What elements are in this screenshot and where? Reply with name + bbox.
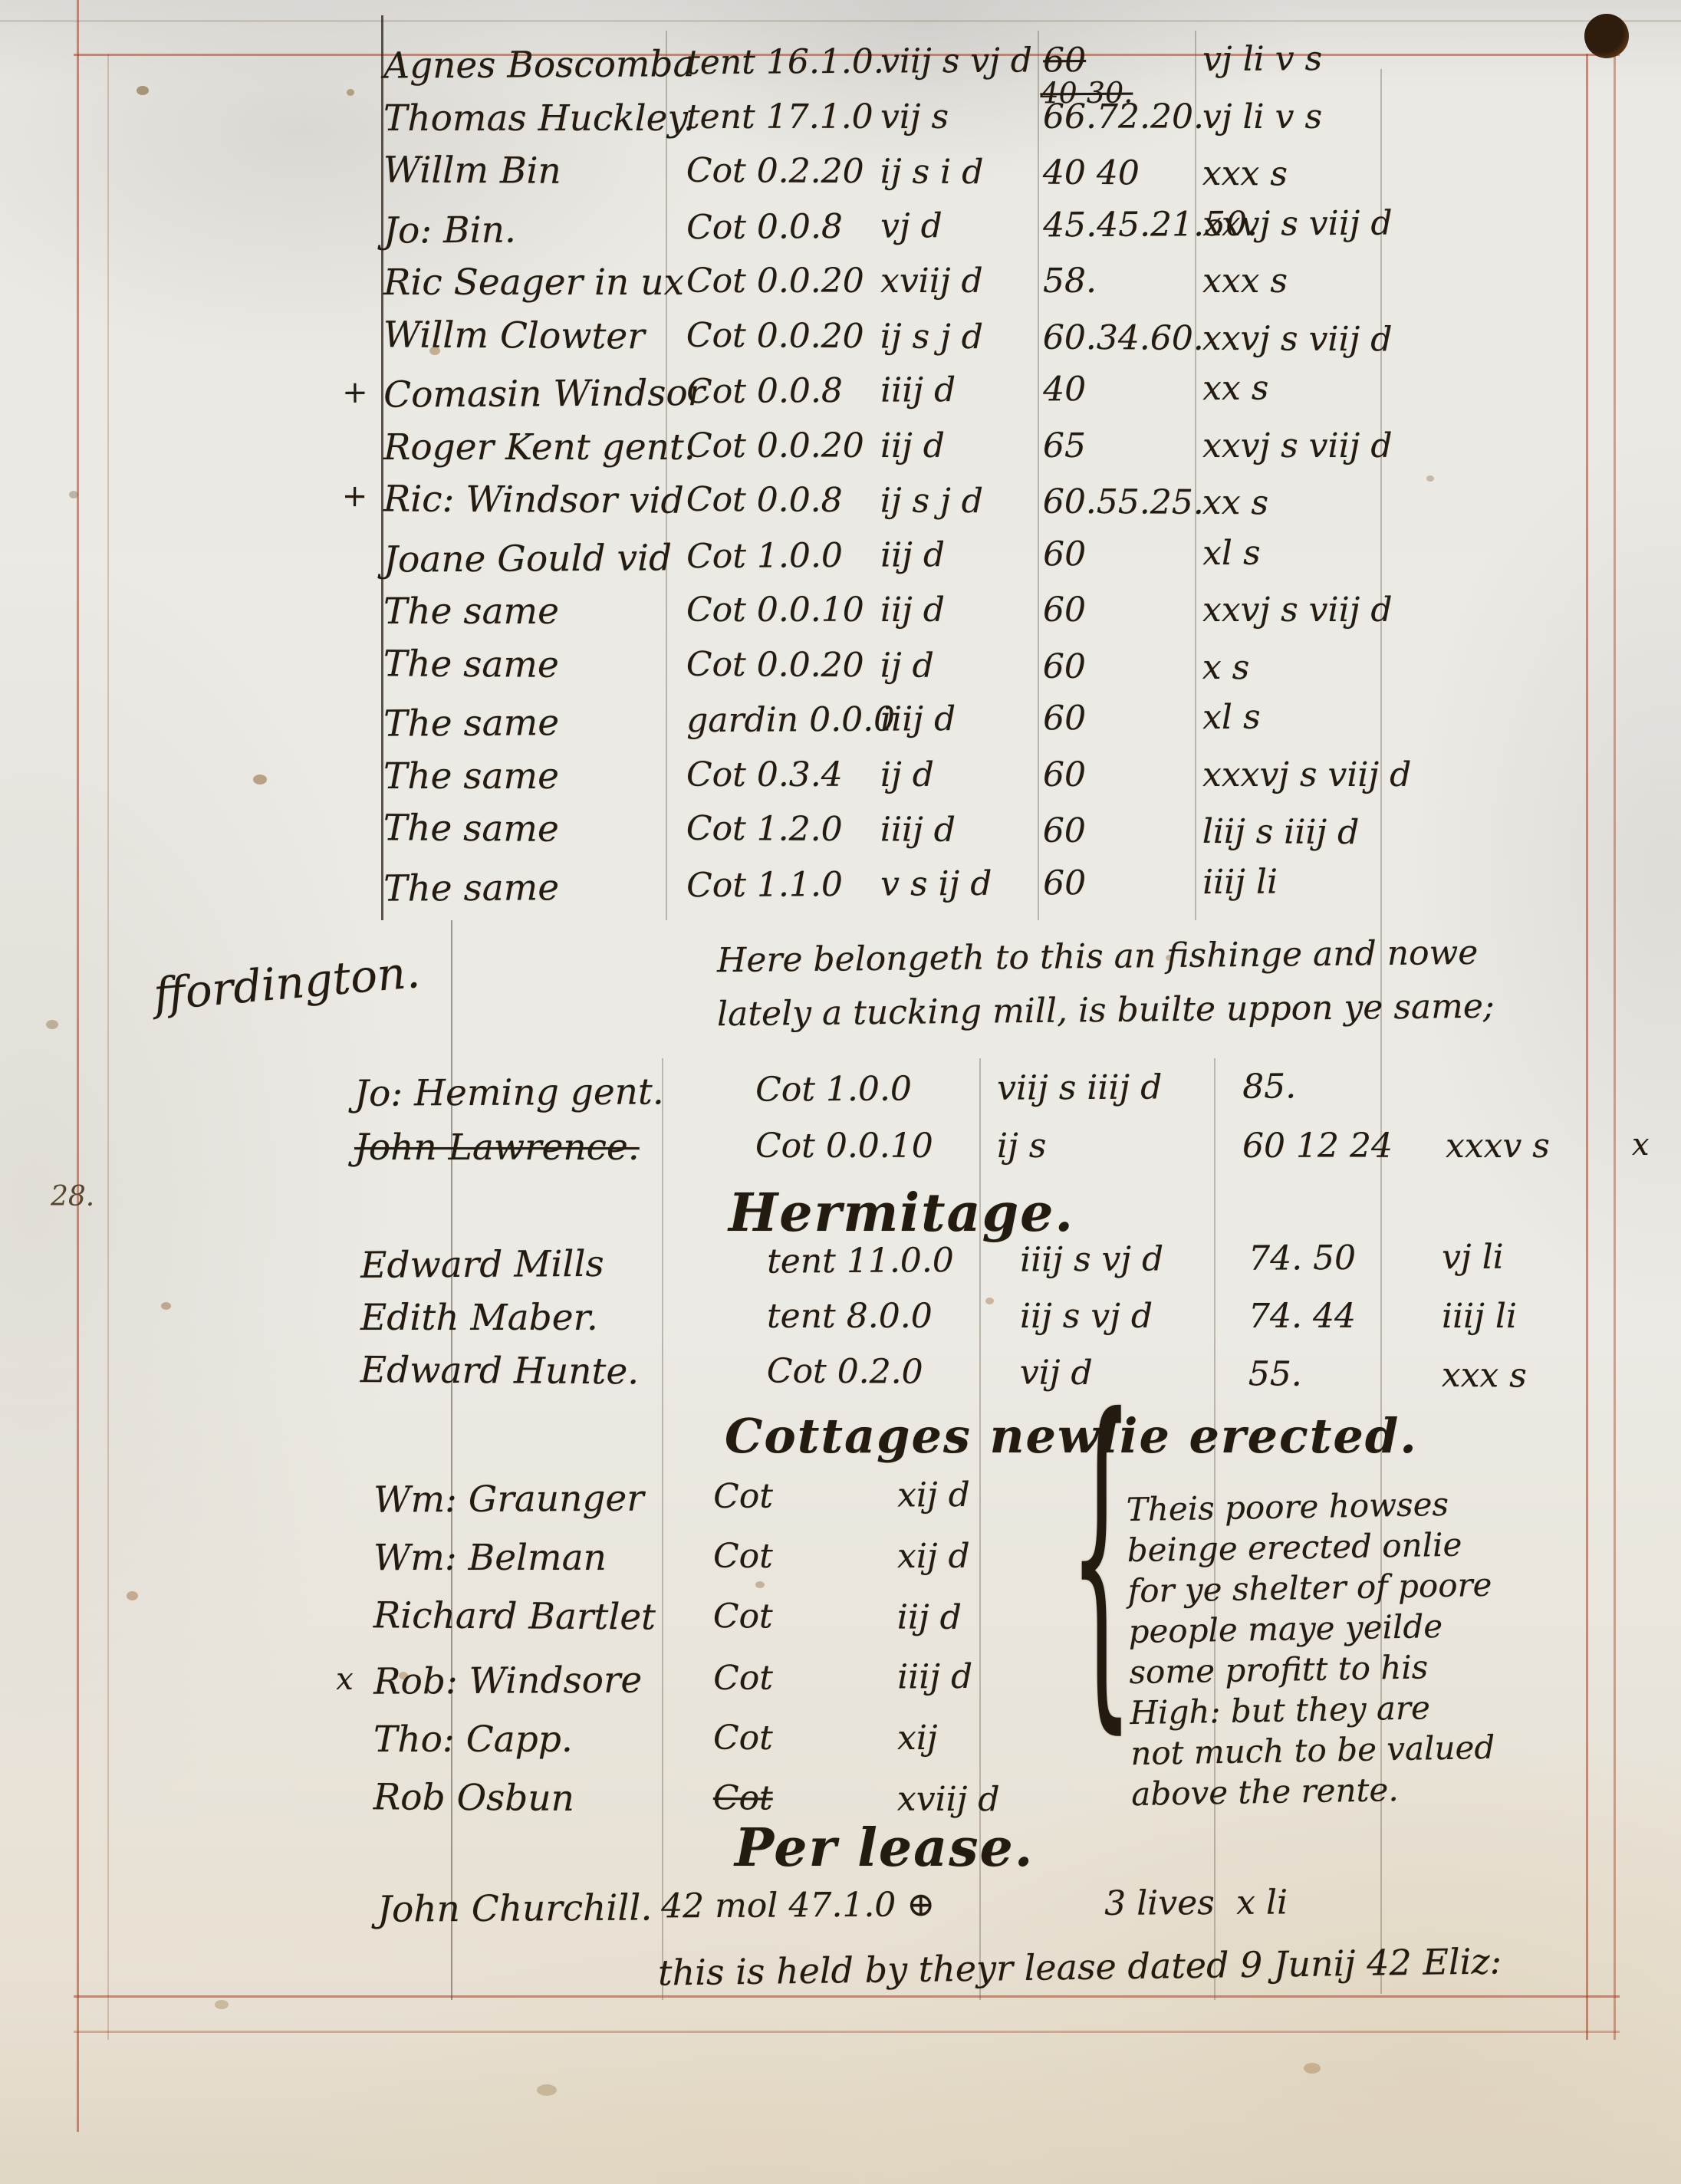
cottages-name: Rob: Windsore	[373, 1662, 642, 1701]
stain	[46, 1020, 58, 1029]
table-row: Edward Hunte.Cot 0.2.0vij d55.xxx s	[0, 1349, 1681, 1359]
stain	[1426, 475, 1434, 482]
main-tenure: Cot 0.0.20	[686, 429, 864, 464]
main-value: xxvj s viij d	[1202, 321, 1393, 357]
cottages-rent: xviij d	[897, 1781, 1000, 1817]
main-tenure: Cot 0.0.8	[686, 209, 843, 245]
section-heading-hermitage: Hermitage.	[729, 1182, 1074, 1244]
cottages-name: Tho: Capp.	[373, 1721, 573, 1758]
main-rent: ij d	[880, 758, 934, 793]
continuation-value: xxxv s	[1446, 1129, 1550, 1164]
main-mark: +	[342, 480, 368, 512]
main-value: xxvj s viij d	[1202, 593, 1392, 628]
main-value: xx s	[1202, 371, 1268, 407]
lease-value: x li	[1236, 1885, 1288, 1921]
main-name: Willm Bin	[383, 151, 561, 190]
cottages-note-line: Theis poore howses	[1126, 1483, 1491, 1530]
main-name: The same	[383, 645, 559, 684]
main-name: Thomas Huckley.	[383, 100, 695, 137]
main-value: xx s	[1202, 485, 1268, 521]
main-value: xl s	[1202, 700, 1261, 736]
cottages-tenure: Cot	[713, 1781, 773, 1817]
table-row: Jo: Bin.Cot 0.0.8vj d45.45.21.50.xxvj s …	[0, 204, 1681, 214]
table-row: Agnes Boscombatent 16.1.0.viij s vj d60v…	[0, 39, 1681, 49]
column-rule-lower-1	[662, 1058, 663, 2000]
main-name: Jo: Bin.	[383, 211, 516, 249]
main-value: liij s iiij d	[1202, 814, 1360, 850]
cottages-rent: xij d	[897, 1539, 970, 1574]
main-years: 60.55.25.	[1043, 485, 1204, 521]
main-name: Agnes Boscomba	[383, 45, 695, 85]
stain	[755, 1581, 765, 1588]
main-rent: iiij d	[880, 373, 956, 409]
main-rent: ij d	[880, 648, 934, 684]
stain	[137, 86, 149, 95]
continuation-years: 60 12 24	[1242, 1129, 1393, 1164]
main-tenure: Cot 1.1.0	[686, 867, 843, 903]
main-value: x s	[1202, 650, 1250, 686]
table-row: Willm BinCot 0.2.20ij s i d40 40xxx s	[0, 149, 1681, 159]
main-value: xxxvj s viij d	[1202, 758, 1411, 793]
main-tenure: Cot 0.0.8	[686, 482, 843, 518]
main-value: vj li v s	[1202, 100, 1322, 135]
stain	[69, 491, 78, 498]
main-rent: iij d	[880, 429, 945, 464]
table-row: Joane Gould vidCot 1.0.0iij d60xl s	[0, 533, 1681, 543]
main-value: xxvj s viij d	[1202, 206, 1393, 242]
main-value: iiij li	[1202, 864, 1278, 900]
cottages-tenure: Cot	[713, 1539, 773, 1574]
main-rent: vij s	[880, 100, 949, 135]
main-rent: ij s i d	[880, 154, 984, 190]
lease-lives: 3 lives	[1104, 1886, 1215, 1922]
table-row: The sameCot 1.2.0iiij d60liij s iiij d	[0, 807, 1681, 817]
main-years: 40	[1043, 372, 1086, 408]
continuation-name: Jo: Heming gent.	[354, 1073, 664, 1113]
main-tenure: tent 17.1.0	[686, 100, 873, 135]
stain	[215, 2000, 229, 2009]
main-name: Joane Gould vid	[383, 539, 672, 579]
stain	[1304, 2063, 1321, 2074]
main-name: Ric Seager in ux	[383, 264, 684, 301]
cottages-rent: iij d	[897, 1600, 962, 1636]
main-tenure: Cot 0.0.20	[686, 646, 864, 683]
main-tenure: Cot 0.0.20	[686, 264, 864, 299]
hermitage-years: 55.	[1248, 1357, 1302, 1393]
cottages-rent: xij	[897, 1721, 938, 1756]
fordington-note-line: lately a tucking mill, is builte uppon y…	[717, 987, 1495, 1034]
main-years: 60	[1043, 649, 1086, 685]
main-value: xxx s	[1202, 156, 1288, 192]
main-years: 58.	[1043, 264, 1097, 299]
main-years: 60	[1043, 537, 1086, 573]
cottages-note-line: High: but they are	[1130, 1686, 1495, 1733]
main-name: The same	[383, 593, 559, 630]
cottages-tenure: Cot	[713, 1599, 773, 1635]
main-years: 40 40	[1043, 156, 1140, 192]
main-rent: iiij d	[880, 812, 956, 848]
main-tenure: Cot 0.3.4	[686, 758, 843, 793]
main-value: xl s	[1202, 535, 1261, 571]
main-rent: iij d	[880, 538, 945, 574]
manuscript-page: 28. ffordington. Here belongeth to this …	[0, 0, 1681, 2184]
main-tenure: Cot 0.0.20	[686, 317, 864, 354]
cottages-mark: x	[336, 1663, 354, 1696]
top-edge-band	[0, 20, 1681, 22]
column-rule-upper-3	[1195, 31, 1196, 920]
continuation-mark_right: x	[1632, 1129, 1650, 1161]
cottages-note-line: beinge erected onlie	[1127, 1524, 1492, 1571]
cottages-rent: iiij d	[897, 1659, 972, 1696]
main-rent: iiij d	[880, 702, 956, 738]
main-rent: v s ij d	[880, 866, 992, 902]
fordington-note-line: Here belongeth to this an fishinge and n…	[717, 933, 1479, 980]
main-tenure: Cot 1.0.0	[686, 538, 843, 574]
hermitage-value: xxx s	[1442, 1358, 1527, 1394]
cottages-note-brace: {	[1069, 1348, 1133, 1764]
main-value: xxvj s viij d	[1202, 429, 1392, 464]
cottages-rent: xij d	[897, 1478, 970, 1514]
border-left-inner	[107, 54, 109, 2040]
cottages-tenure: Cot	[713, 1479, 773, 1515]
hermitage-value: vj li	[1442, 1240, 1504, 1276]
hermitage-name: Edward Hunte.	[360, 1351, 640, 1391]
cottages-note-line: above the rente.	[1131, 1768, 1496, 1814]
cottages-name: Wm: Graunger	[373, 1480, 644, 1519]
main-rent: viij s vj d	[880, 43, 1032, 79]
table-row: John Churchill.42 mol 47.1.0 ⊕3 livesx l…	[0, 1883, 1681, 1893]
main-rent: vj d	[880, 209, 942, 245]
main-years: 60	[1043, 593, 1086, 628]
main-value: xxx s	[1202, 264, 1288, 299]
table-row: The sameCot 0.0.20ij d60x s	[0, 643, 1681, 653]
continuation-rent: ij s	[997, 1129, 1046, 1164]
main-name: Roger Kent gent.	[383, 429, 696, 466]
hermitage-tenure: tent 11.0.0	[767, 1243, 954, 1280]
main-rent: xviij d	[880, 264, 983, 299]
main-years: 60.34.60.	[1043, 320, 1204, 356]
table-row: The samegardin 0.0.0iiij d60xl s	[0, 697, 1681, 707]
stain	[537, 2084, 557, 2096]
stain	[347, 89, 354, 96]
lease-tenure: 42 mol 47.1.0 ⊕	[661, 1887, 935, 1924]
table-row: +Comasin WindsorCot 0.0.8iiij d40xx s	[0, 368, 1681, 378]
lease-name: John Churchill.	[377, 1890, 653, 1929]
table-row: Wm: GraungerCotxij d	[0, 1473, 1681, 1483]
hermitage-tenure: tent 8.0.0	[767, 1299, 933, 1334]
main-tenure: Cot 1.2.0	[686, 811, 843, 847]
cottages-note-line: not much to be valued	[1130, 1727, 1495, 1774]
lease-footer-note: this is held by theyr lease dated 9 Juni…	[658, 1940, 1502, 1993]
column-rule-upper-1	[666, 31, 667, 920]
stain	[985, 1298, 994, 1304]
folio-number: 28.	[51, 1181, 94, 1212]
main-name: The same	[383, 869, 559, 908]
cottages-note-line: some profitt to his	[1129, 1646, 1494, 1692]
hermitage-years: 74. 50	[1248, 1241, 1356, 1277]
table-row: Jo: Heming gent.Cot 1.0.0viij s iiij d85…	[0, 1067, 1681, 1077]
border-bottom-inner	[74, 2031, 1620, 2033]
ink-blot	[1584, 14, 1629, 58]
border-bottom-outer	[74, 1995, 1620, 1998]
continuation-tenure: Cot 0.0.10	[755, 1129, 933, 1164]
main-years: 65	[1043, 429, 1086, 464]
table-row: Willm ClowterCot 0.0.20ij s j d60.34.60.…	[0, 314, 1681, 324]
border-right-inner	[1614, 54, 1616, 2040]
main-tenure: Cot 0.2.20	[686, 153, 864, 190]
cottages-name: Rob Osbun	[373, 1778, 574, 1817]
main-years: 60	[1043, 758, 1086, 793]
main-name: The same	[383, 809, 559, 848]
main-mark: +	[342, 377, 368, 409]
continuation-name: John Lawrence.	[354, 1129, 640, 1166]
main-tenure: Cot 0.0.10	[686, 593, 864, 628]
main-name: Comasin Windsor	[383, 374, 705, 414]
main-name: Willm Clowter	[383, 316, 645, 355]
main-years: 60	[1043, 701, 1086, 737]
table-row: The sameCot 1.1.0v s ij d60iiij li	[0, 862, 1681, 872]
stain	[127, 1591, 138, 1600]
cottages-note: Theis poore howsesbeinge erected onliefo…	[1126, 1483, 1495, 1814]
cottages-name: Wm: Belman	[373, 1539, 607, 1577]
stain	[253, 775, 267, 784]
place-heading-fordington: ffordington.	[152, 946, 423, 1021]
hermitage-tenure: Cot 0.2.0	[767, 1353, 923, 1390]
main-years: 66.72.20.	[1043, 100, 1204, 135]
hermitage-name: Edward Mills	[360, 1245, 604, 1284]
continuation-years: 85.	[1242, 1069, 1296, 1105]
main-name: Ric: Windsor vid	[383, 480, 684, 520]
hermitage-rent: iij s vj d	[1020, 1299, 1153, 1334]
cottages-tenure: Cot	[713, 1721, 773, 1756]
border-left-outer	[77, 0, 79, 2132]
main-years: 60	[1043, 814, 1086, 850]
main-rent: ij s j d	[880, 483, 983, 519]
continuation-rent: viij s iiij d	[997, 1070, 1162, 1107]
main-rent: ij s j d	[880, 319, 983, 355]
section-heading-per-lease: Per lease.	[735, 1817, 1034, 1879]
continuation-tenure: Cot 1.0.0	[755, 1071, 912, 1107]
main-rent: iij d	[880, 593, 945, 628]
hermitage-years: 74. 44	[1248, 1299, 1356, 1334]
cottages-note-line: for ye shelter of poore	[1127, 1564, 1492, 1611]
hermitage-value: iiij li	[1442, 1299, 1517, 1334]
hermitage-name: Edith Maber.	[360, 1299, 598, 1337]
main-value: vj li v s	[1202, 41, 1322, 77]
column-rule-upper-2	[1038, 31, 1039, 920]
cottages-note-line: people maye yeilde	[1128, 1605, 1493, 1652]
main-tenure: Cot 0.0.8	[686, 373, 843, 409]
main-tenure: tent 16.1.0.	[686, 44, 884, 81]
main-name: The same	[383, 758, 559, 795]
main-years: 60	[1043, 43, 1086, 79]
border-right-outer	[1586, 54, 1588, 2040]
cottages-tenure: Cot	[713, 1661, 773, 1697]
main-years: 60	[1043, 866, 1086, 902]
main-name: The same	[383, 704, 559, 743]
main-tenure: gardin 0.0.0	[686, 702, 895, 739]
hermitage-rent: iiij s vj d	[1020, 1242, 1163, 1278]
stain	[161, 1302, 171, 1310]
cottages-name: Richard Bartlet	[373, 1597, 656, 1636]
